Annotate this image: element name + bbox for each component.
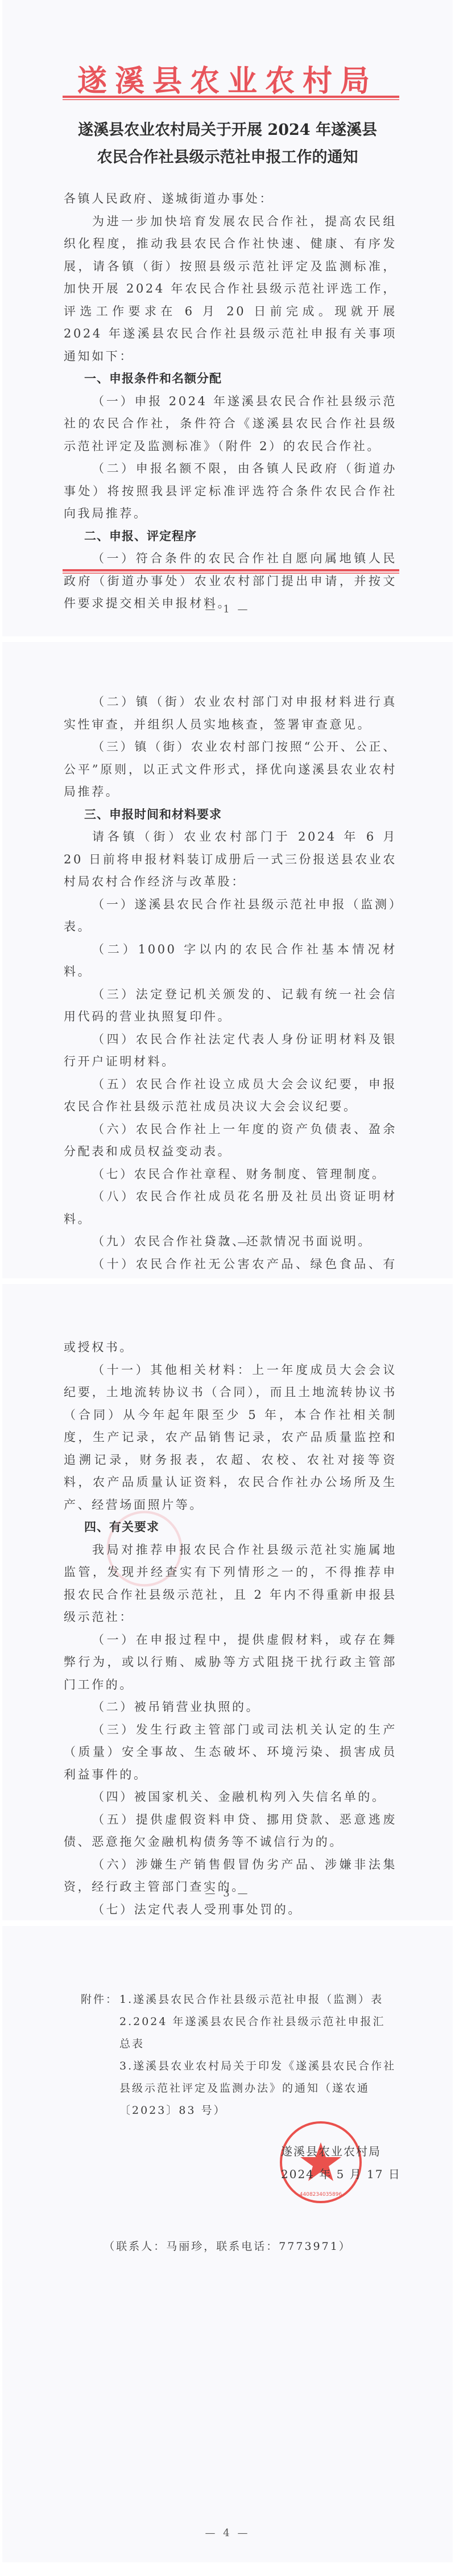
issuer-name: 遂溪县农业农村局 [281,2140,401,2163]
section-heading-1: 一、申报条件和名额分配 [64,368,397,390]
signature-block: 遂溪县农业农村局 2024 年 5 月 17 日 [281,2140,401,2186]
restriction-item-3: （三）发生行政主管部门或司法机关认定的生产（质量）安全事故、生态破坏、环境污染、… [64,1719,397,1787]
red-divider-bottom [63,569,399,574]
material-item-10-continued: 或授权书。 [64,1336,397,1359]
section-2-item-3: （三）镇（街）农业农村部门按照“公开、公正、公平”原则，以正式文件形式，择优向遂… [64,736,397,804]
section-heading-2: 二、申报、评定程序 [64,525,397,548]
section-1-item-2: （二）申报名额不限，由各镇人民政府（街道办事处）将按照我县评定标准评选符合条件农… [64,458,397,525]
material-item-2: （二）1000 字以内的农民合作社基本情况材料。 [64,939,397,984]
attachment-item-3: 3.遂溪县农业农村局关于印发《遂溪县农民合作社县级示范社评定及监测办法》的通知（… [119,2055,397,2122]
masthead: 遂溪县农业农村局 [2,57,453,100]
seal-number: 4408234035896 [300,2192,342,2198]
attachment-item-2: 2.2024 年遂溪县农民合作社县级示范社申报汇总表 [119,2011,397,2055]
title-line-1: 遂溪县农业农村局关于开展 2024 年遂溪县 [2,117,453,144]
attachments-label: 附件： [81,1989,119,2011]
page-4: 附件： 1.遂溪县农民合作社县级示范社申报（监测）表 2.2024 年遂溪县农民… [2,1926,453,2562]
section-heading-3: 三、申报时间和材料要求 [64,804,397,826]
page-3: 或授权书。 （十一）其他相关材料：上一年度成员大会会议纪要，土地流转协议书（合同… [2,1284,453,1920]
restriction-item-1: （一）在申报过程中，提供虚假材料，或存在舞弊行为，或以行贿、威胁等方式阻挠干扰行… [64,1629,397,1697]
attachments-list: 附件： 1.遂溪县农民合作社县级示范社申报（监测）表 2.2024 年遂溪县农民… [81,1989,397,2122]
material-item-8: （八）农民合作社成员花名册及社员出资证明材料。 [64,1186,397,1231]
page-number: — 1 — [2,603,453,615]
title-line-2: 农民合作社县级示范社申报工作的通知 [2,144,453,171]
restriction-item-2: （二）被吊销营业执照的。 [64,1696,397,1719]
page-1: 遂溪县农业农村局 遂溪县农业农村局关于开展 2024 年遂溪县 农民合作社县级示… [2,0,453,636]
contact-info: （联系人：马丽珍，联系电话：7773971） [2,2238,453,2253]
section-3-intro: 请各镇（街）农业农村部门于 2024 年 6 月 20 日前将申报材料装订成册后… [64,826,397,894]
attachment-item-1: 1.遂溪县农民合作社县级示范社申报（监测）表 [119,1989,397,2011]
material-item-5: （五）农民合作社设立成员大会会议纪要，申报农民合作社县级示范社成员决议大会会议纪… [64,1073,397,1118]
material-item-6: （六）农民合作社上一年度的资产负债表、盈余分配表和成员权益变动表。 [64,1118,397,1163]
section-heading-4: 四、有关要求 [64,1516,397,1539]
material-item-11: （十一）其他相关材料：上一年度成员大会会议纪要，土地流转协议书（合同），而且土地… [64,1359,397,1517]
page-1-body: 各镇人民政府、遂城街道办事处： 为进一步加快培育发展农民合作社，提高农民组织化程… [64,188,397,615]
page-2-body: （二）镇（街）农业农村部门对申报材料进行真实性审查，并组织人员实地核查，签署审查… [64,691,397,1278]
restriction-item-4: （四）被国家机关、金融机构列入失信名单的。 [64,1786,397,1809]
material-item-3: （三）法定登记机关颁发的、记载有统一社会信用代码的营业执照复印件。 [64,984,397,1028]
document-title: 遂溪县农业农村局关于开展 2024 年遂溪县 农民合作社县级示范社申报工作的通知 [2,117,453,171]
section-2-item-2: （二）镇（街）农业农村部门对申报材料进行真实性审查，并组织人员实地核查，签署审查… [64,691,397,736]
section-4-intro: 我局对推荐申报农民合作社县级示范社实施属地监管，发现并经查实有下列情形之一的，不… [64,1539,397,1629]
material-item-10: （十）农民合作社无公害农产品、绿色食品、有机食品认证、农产品地理标志认定、产品注… [64,1253,397,1279]
material-item-7: （七）农民合作社章程、财务制度、管理制度。 [64,1163,397,1186]
salutation: 各镇人民政府、遂城街道办事处： [64,188,397,211]
restriction-item-5: （五）提供虚假资料申贷、挪用贷款、恶意逃废债、恶意拖欠金融机构债务等不诚信行为的… [64,1809,397,1854]
issue-date: 2024 年 5 月 17 日 [281,2163,401,2186]
material-item-4: （四）农民合作社法定代表人身份证明材料及银行开户证明材料。 [64,1028,397,1073]
page-number: — 4 — [2,2527,453,2539]
restriction-item-7: （七）法定代表人受刑事处罚的。 [64,1899,397,1921]
page-number: — 2 — [2,1236,453,1248]
intro-paragraph: 为进一步加快培育发展农民合作社，提高农民组织化程度，推动我县农民合作社快速、健康… [64,211,397,368]
section-1-item-1: （一）申报 2024 年遂溪县农民合作社县级示范社的农民合作社，条件符合《遂溪县… [64,390,397,458]
red-divider [63,96,399,100]
material-item-1: （一）遂溪县农民合作社县级示范社申报（监测）表。 [64,894,397,939]
page-number: — 3 — [2,1887,453,1899]
page-3-body: 或授权书。 （十一）其他相关材料：上一年度成员大会会议纪要，土地流转协议书（合同… [64,1336,397,1920]
page-2: （二）镇（街）农业农村部门对申报材料进行真实性审查，并组织人员实地核查，签署审查… [2,642,453,1278]
